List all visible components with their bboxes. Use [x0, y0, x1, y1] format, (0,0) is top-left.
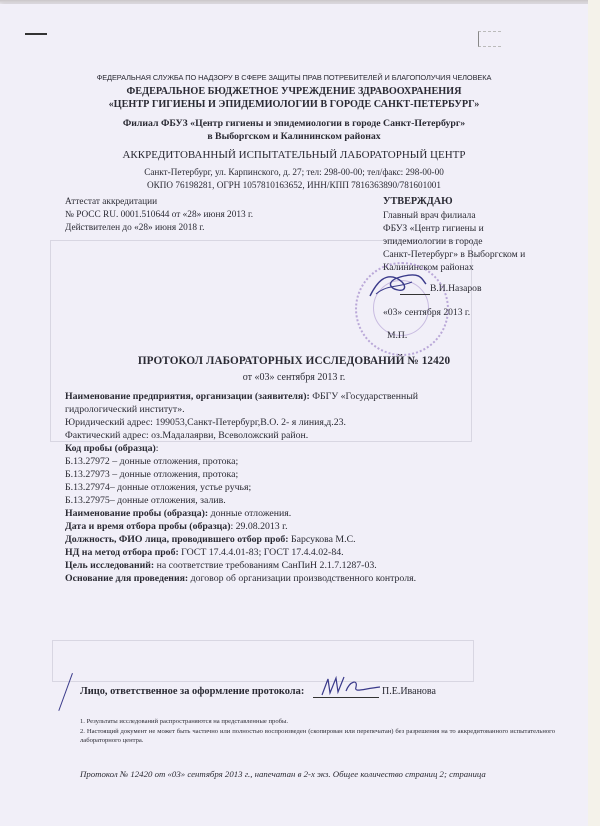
sampler-value: Барсукова М.С.	[289, 534, 356, 545]
applicant-value-cont: гидрологический институт».	[65, 404, 185, 415]
note-item: 1. Результаты исследований распространяю…	[80, 718, 288, 725]
sampler-label: Должность, ФИО лица, проводившего отбор …	[65, 534, 289, 545]
accreditation-label: Аттестат аккредитации	[65, 197, 157, 207]
purpose-value: на соответствие требованиям СанПиН 2.1.7…	[154, 560, 377, 571]
purpose-field: Цель исследований: на соответствие требо…	[65, 560, 377, 571]
method-value: ГОСТ 17.4.4.01-83; ГОСТ 17.4.4.02-84.	[179, 547, 344, 558]
address-line2: ОКПО 76198281, ОГРН 1057810163652, ИНН/К…	[0, 180, 588, 190]
basis-label: Основание для проведения:	[65, 573, 188, 584]
institution-line2: «ЦЕНТР ГИГИЕНЫ И ЭПИДЕМИОЛОГИИ В ГОРОДЕ …	[0, 99, 588, 110]
responsible-name: П.Е.Иванова	[382, 686, 436, 697]
seal-label: М.П.	[387, 330, 407, 341]
protocol-footer: Протокол № 12420 от «03» сентября 2013 г…	[80, 769, 486, 779]
signature-line	[400, 294, 430, 295]
approval-line: эпидемиологии в городе	[383, 236, 482, 247]
protocol-date: от «03» сентября 2013 г.	[0, 372, 588, 383]
institution-line1: ФЕДЕРАЛЬНОЕ БЮДЖЕТНОЕ УЧРЕЖДЕНИЕ ЗДРАВОО…	[0, 86, 588, 97]
branch-line2: в Выборгском и Калининском районах	[0, 131, 588, 142]
agency-name: ФЕДЕРАЛЬНАЯ СЛУЖБА ПО НАДЗОРУ В СФЕРЕ ЗА…	[0, 73, 588, 82]
sample-code-item: Б.13.27973 – донные отложения, протока;	[65, 469, 238, 480]
basis-value: договор об организации производственного…	[188, 573, 416, 584]
sampling-date-value: : 29.08.2013 г.	[230, 521, 287, 532]
sample-code-item: Б.13.27975– донные отложения, залив.	[65, 495, 226, 506]
applicant-value: ФБГУ «Государственный	[310, 391, 418, 402]
method-field: НД на метод отбора проб: ГОСТ 17.4.4.01-…	[65, 547, 344, 558]
branch-line1: Филиал ФБУЗ «Центр гигиены и эпидемиолог…	[0, 118, 588, 129]
approval-line: ФБУЗ «Центр гигиены и	[383, 223, 484, 234]
approver-name: В.И.Назаров	[430, 283, 481, 294]
approval-heading: УТВЕРЖДАЮ	[383, 196, 453, 207]
basis-field: Основание для проведения: договор об орг…	[65, 573, 416, 584]
sample-code-label: Код пробы (образца)	[65, 443, 156, 454]
lab-center-name: АККРЕДИТОВАННЫЙ ИСПЫТАТЕЛЬНЫЙ ЛАБОРАТОРН…	[0, 149, 588, 161]
address-line1: Санкт-Петербург, ул. Карпинского, д. 27;…	[0, 167, 588, 177]
sample-code-item: Б.13.27972 – донные отложения, протока;	[65, 456, 238, 467]
applicant-label: Наименование предприятия, организации (з…	[65, 391, 310, 402]
sample-name-label: Наименование пробы (образца):	[65, 508, 208, 519]
protocol-title: ПРОТОКОЛ ЛАБОРАТОРНЫХ ИССЛЕДОВАНИЙ № 124…	[0, 355, 588, 367]
applicant-field: Наименование предприятия, организации (з…	[65, 391, 418, 402]
scan-right-edge	[588, 0, 600, 826]
actual-address: Фактический адрес: оз.Мадалаярви, Всевол…	[65, 430, 308, 441]
director-signature-icon	[368, 270, 428, 300]
accreditation-number: № РОСС RU. 0001.510644 от «28» июня 2013…	[65, 210, 253, 220]
corner-mark	[478, 31, 501, 47]
approval-line: Главный врач филиала	[383, 210, 476, 221]
sample-code-item: Б.13.27974– донные отложения, устье ручь…	[65, 482, 251, 493]
sampler-field: Должность, ФИО лица, проводившего отбор …	[65, 534, 356, 545]
sample-code-field: Код пробы (образца):	[65, 443, 159, 454]
purpose-label: Цель исследований:	[65, 560, 154, 571]
colon: :	[156, 443, 159, 454]
pen-mark	[25, 33, 47, 35]
responsible-signature-icon	[318, 675, 382, 697]
sample-name-field: Наименование пробы (образца): донные отл…	[65, 508, 291, 519]
responsible-label: Лицо, ответственное за оформление проток…	[80, 686, 304, 697]
sample-name-value: донные отложения.	[208, 508, 291, 519]
method-label: НД на метод отбора проб:	[65, 547, 179, 558]
sampling-date-field: Дата и время отбора пробы (образца): 29.…	[65, 521, 288, 532]
accreditation-valid-until: Действителен до «28» июня 2018 г.	[65, 223, 205, 233]
sampling-date-label: Дата и время отбора пробы (образца)	[65, 521, 230, 532]
signature-line	[313, 697, 379, 698]
note-item: 2. Настоящий документ не может быть част…	[80, 727, 555, 745]
approval-date: «03» сентября 2013 г.	[383, 307, 470, 318]
bleed-through-table-bottom	[52, 640, 474, 682]
approval-line: Санкт-Петербург» в Выборгском и	[383, 249, 525, 260]
legal-address: Юридический адрес: 199053,Санкт-Петербур…	[65, 417, 346, 428]
